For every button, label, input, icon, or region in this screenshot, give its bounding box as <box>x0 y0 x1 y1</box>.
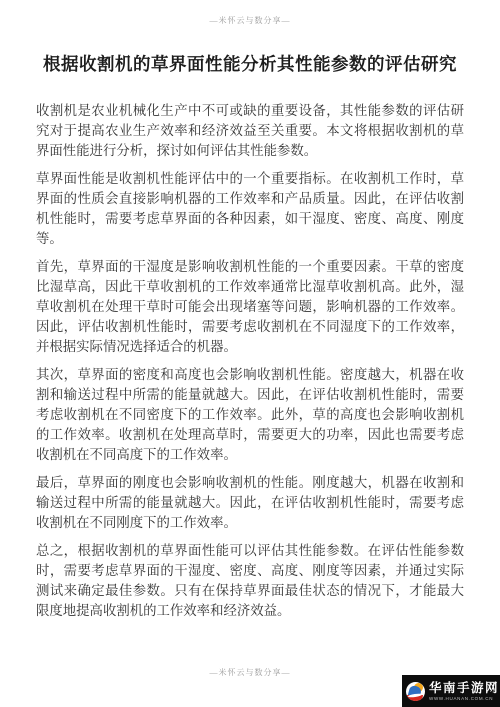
paragraph-stiffness: 最后，草界面的刚度也会影响收割机的性能。刚度越大，机器在收割和输送过程中所需的能… <box>36 473 464 533</box>
site-logo-url: WWW.HUANAN.COM.CN <box>429 696 499 701</box>
paragraph-intro: 收割机是农业机械化生产中不可或缺的重要设备，其性能参数的评估研究对于提高农业生产… <box>36 101 464 161</box>
paragraph-density: 其次，草界面的密度和高度也会影响收割机性能。密度越大，机器在收割和输送过程中所需… <box>36 365 464 465</box>
site-logo-badge: 华南手游网 WWW.HUANAN.COM.CN <box>402 675 500 707</box>
site-logo-text-block: 华南手游网 WWW.HUANAN.COM.CN <box>429 681 499 702</box>
article-body: 收割机是农业机械化生产中不可或缺的重要设备，其性能参数的评估研究对于提高农业生产… <box>36 101 464 629</box>
page-title: 根据收割机的草界面性能分析其性能参数的评估研究 <box>20 52 480 76</box>
site-logo-name: 华南手游网 <box>429 681 499 695</box>
paragraph-conclusion: 总之，根据收割机的草界面性能可以评估其性能参数。在评估性能参数时，需要考虑草界面… <box>36 541 464 621</box>
paragraph-overview: 草界面性能是收割机性能评估中的一个重要指标。在收割机工作时，草界面的性质会直接影… <box>36 169 464 249</box>
header-watermark: —米怀云与数分享— <box>0 15 500 26</box>
site-logo-icon <box>406 682 425 701</box>
paragraph-humidity: 首先，草界面的干湿度是影响收割机性能的一个重要因素。干草的密度比湿草高，因此干草… <box>36 257 464 357</box>
